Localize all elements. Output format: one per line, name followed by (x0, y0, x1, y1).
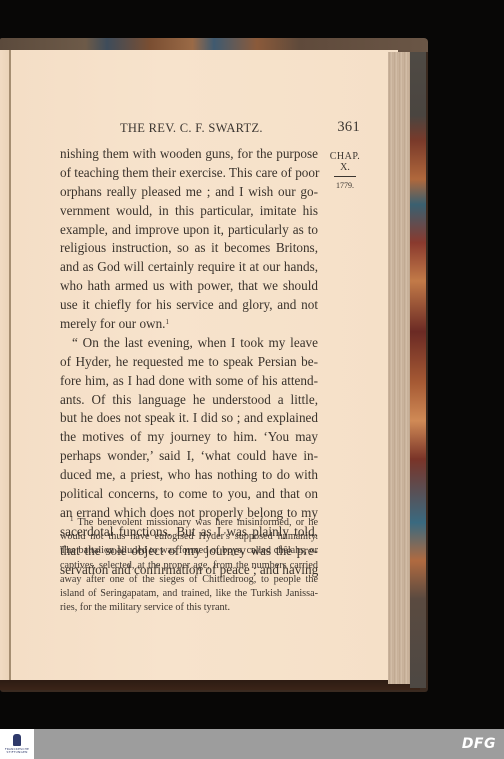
franckesche-stiftungen-logo[interactable]: FRANCKESCHE STIFTUNGEN (0, 729, 34, 759)
institution-emblem-icon (13, 734, 21, 746)
margin-chapter-number: X. (325, 162, 365, 173)
text-line: ants. Of this language he understood a l… (60, 391, 318, 410)
footnote-line: would not thus have eulogised Hyder's su… (60, 530, 318, 544)
margin-chap-label: CHAP. (325, 151, 365, 162)
footer-bar: FRANCKESCHE STIFTUNGEN DFG (0, 729, 504, 759)
text-line: orphans really pleased me ; and I wish o… (60, 183, 318, 202)
marbled-board-edge (410, 52, 426, 688)
footnote-line: The battalion alluded to was formed of b… (60, 544, 318, 558)
page-number: 361 (337, 119, 360, 136)
text-line: of teaching them their exercise. This ca… (60, 164, 318, 183)
text-line: vernment would, in this particular, imit… (60, 202, 318, 221)
text-line-with-footnote-ref: merely for our own.1 (60, 315, 318, 334)
footnote: 1 The benevolent missionary was here mis… (60, 516, 318, 615)
text-line: who hath armed us with power, that we sh… (60, 277, 318, 296)
text-line: the motives of my journey to him. ‘You m… (60, 428, 318, 447)
footnote-text: The benevolent missionary was here misin… (77, 517, 318, 528)
text-line: nishing them with wooden guns, for the p… (60, 145, 318, 164)
book-scan-viewer: THE REV. C. F. SWARTZ. 361 CHAP. X. 1779… (0, 0, 504, 729)
text-line: duced me, a priest, who has nothing to d… (60, 466, 318, 485)
margin-note: CHAP. X. 1779. (325, 151, 365, 190)
footnote-line: away after one of the sieges of Chittled… (60, 573, 318, 587)
body-text: nishing them with wooden guns, for the p… (60, 145, 318, 579)
text-line: of Hyder, he requested me to speak Persi… (60, 353, 318, 372)
running-title: THE REV. C. F. SWARTZ. (120, 121, 263, 136)
footnote-line: ries, for the military service of this t… (60, 601, 318, 615)
text-line: but he does not speak it. I did so ; and… (60, 409, 318, 428)
text-line: example, and improve upon it, particular… (60, 221, 318, 240)
institution-logo-text: FRANCKESCHE STIFTUNGEN (0, 748, 34, 755)
text-line: political concerns, to come to you, and … (60, 485, 318, 504)
text-line: fore him, as I had done with some of his… (60, 372, 318, 391)
text-line: perhaps wonder,’ said I, ‘what could hav… (60, 447, 318, 466)
dfg-logo[interactable]: DFG (462, 736, 496, 752)
page-stack-edge (388, 52, 411, 684)
text-line: religious instruction, so as it becomes … (60, 239, 318, 258)
text-line: merely for our own. (60, 316, 165, 331)
page-header: THE REV. C. F. SWARTZ. 361 (60, 121, 360, 137)
footnote-line: 1 The benevolent missionary was here mis… (60, 516, 318, 530)
footnote-reference: 1 (165, 318, 169, 326)
text-line: “ On the last evening, when I took my le… (60, 334, 318, 353)
footnote-line: island of Seringapatam, and trained, lik… (60, 587, 318, 601)
text-line: and as God will certainly require it at … (60, 258, 318, 277)
text-line: use it chiefly for his service and glory… (60, 296, 318, 315)
margin-year: 1779. (325, 181, 365, 190)
margin-rule (334, 176, 356, 177)
footnote-marker: 1 (70, 515, 74, 523)
footnote-line: captives, selected, at the proper age, f… (60, 559, 318, 573)
